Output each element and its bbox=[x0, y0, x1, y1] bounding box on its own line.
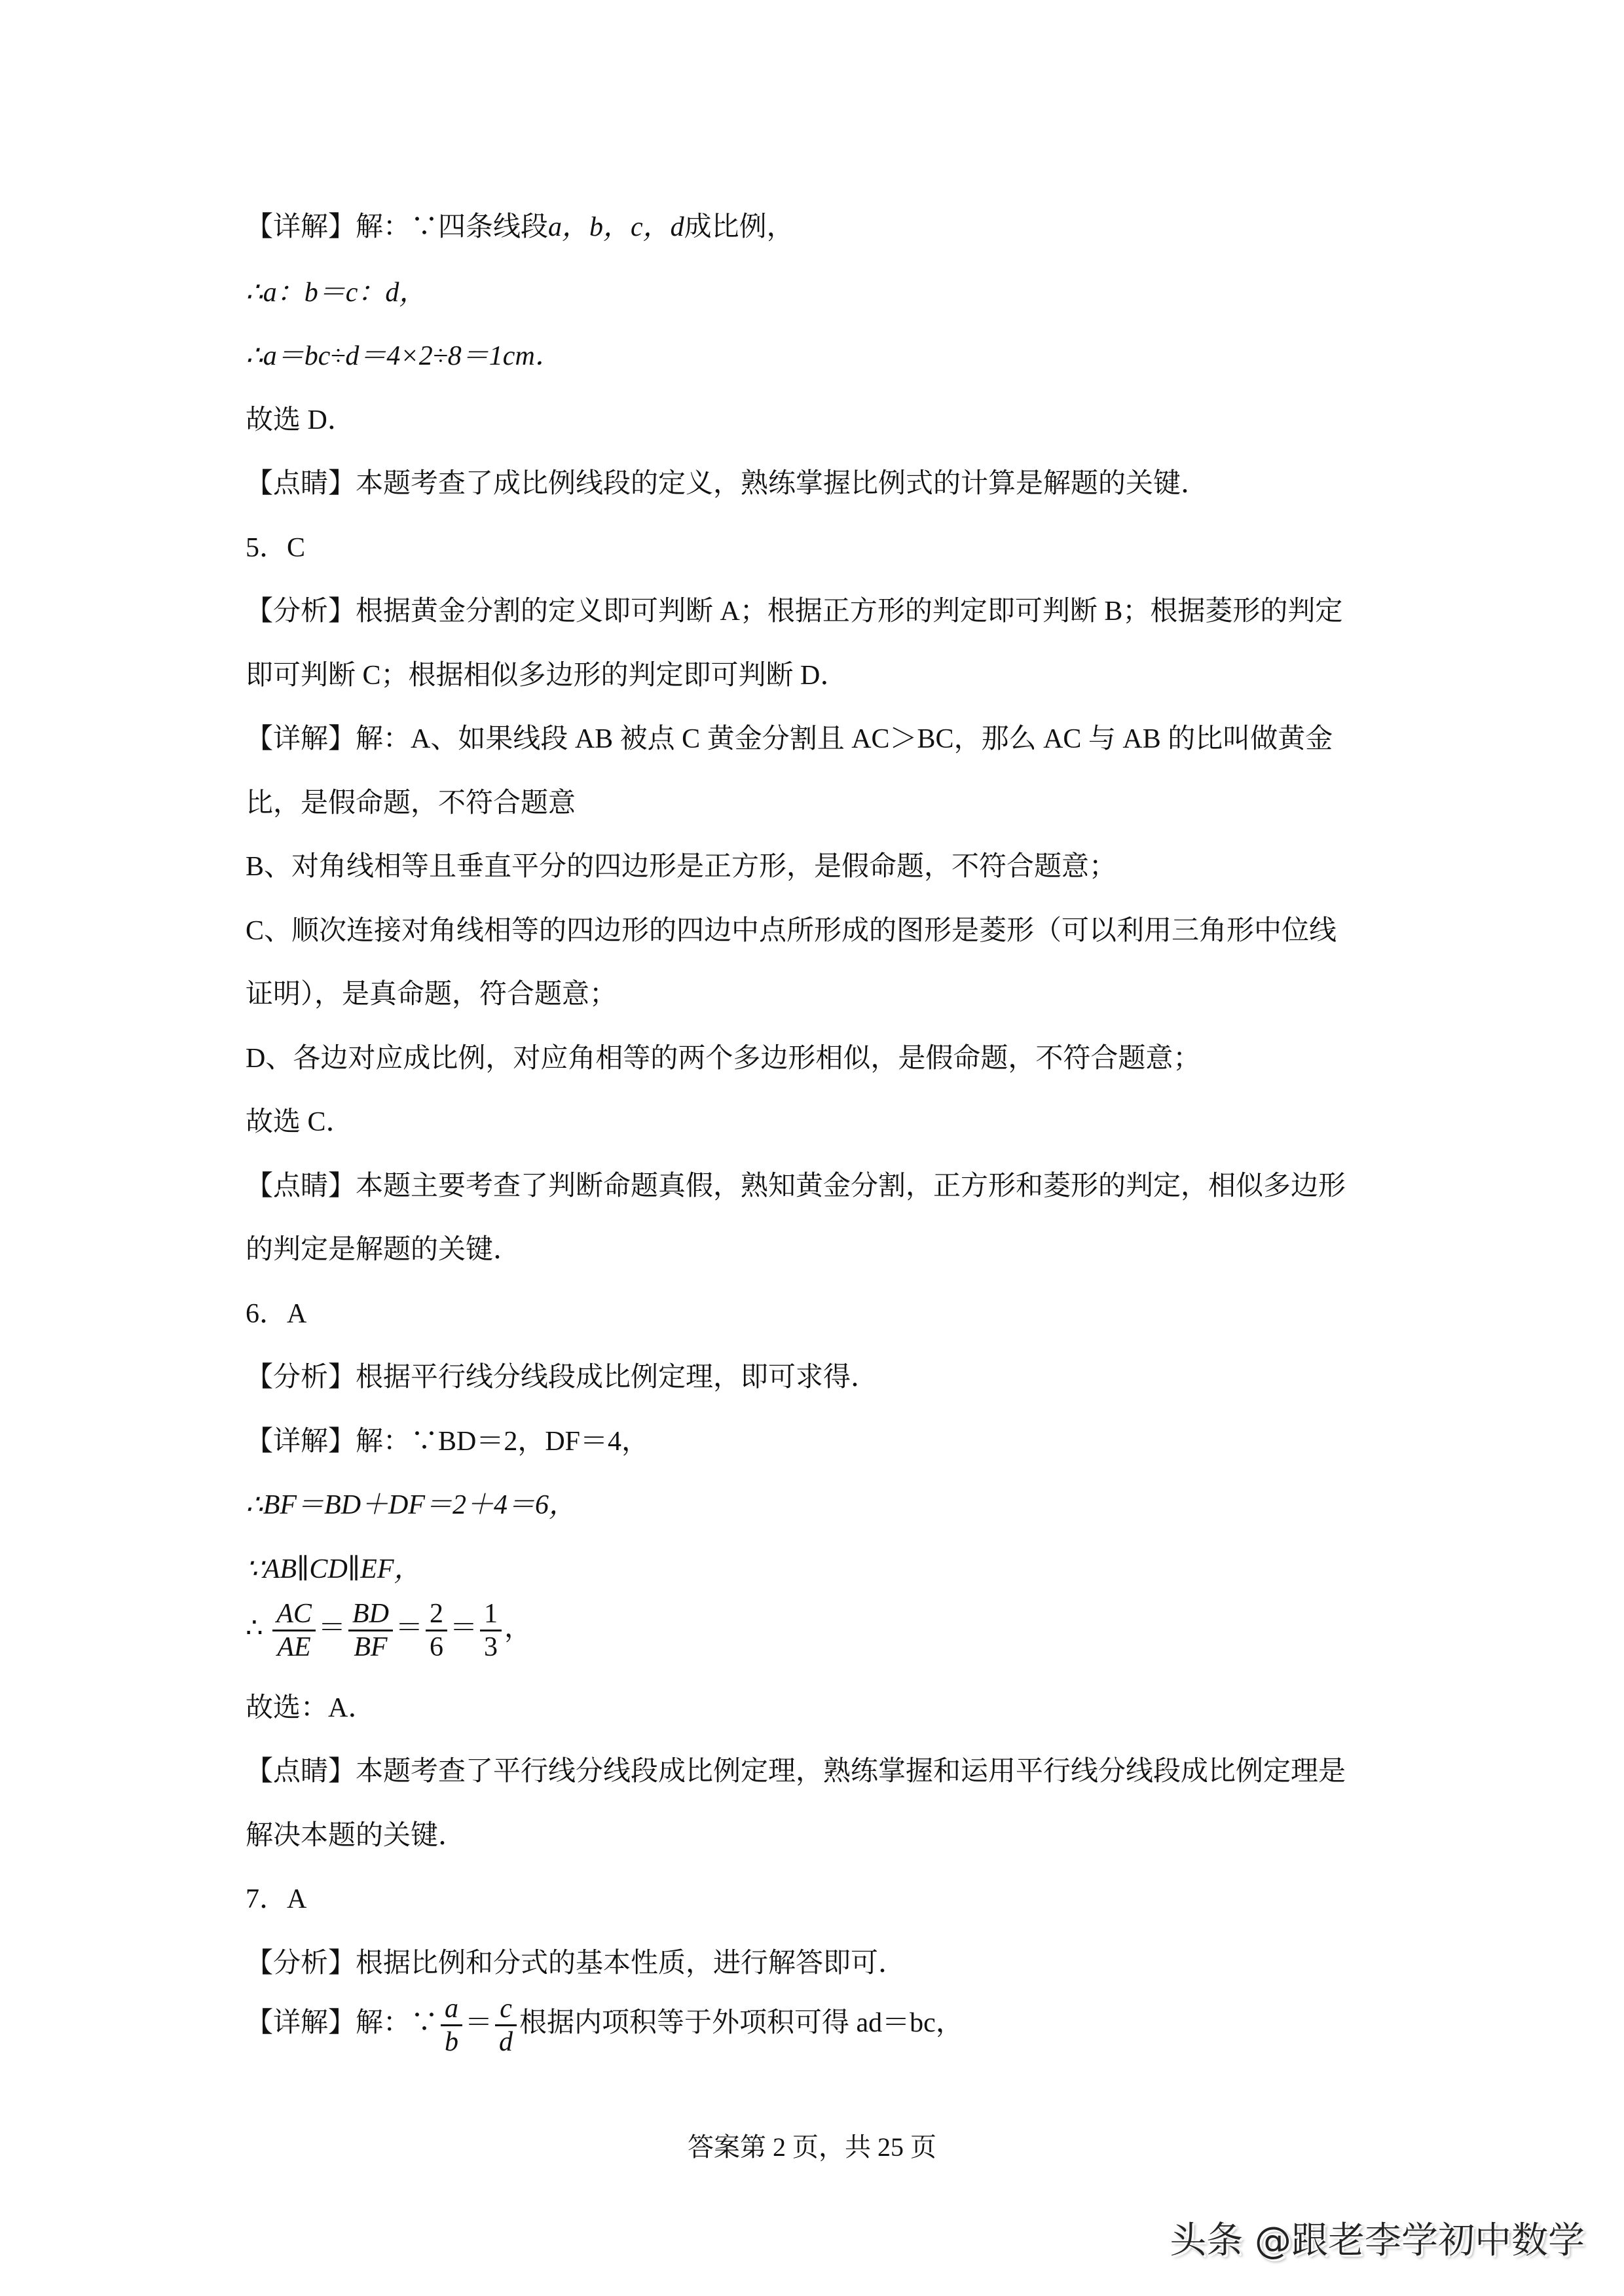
text-line: 【分析】根据黄金分割的定义即可判断 A；根据正方形的判定即可判断 B；根据菱形的… bbox=[246, 594, 1398, 629]
math-line: ∴a：b＝c：d， bbox=[246, 276, 1398, 310]
numerator: a bbox=[441, 1993, 462, 2026]
fraction: ab bbox=[441, 1993, 462, 2058]
page-footer: 答案第 2 页，共 25 页 bbox=[0, 2126, 1624, 2164]
fraction: 13 bbox=[480, 1598, 502, 1663]
numerator: c bbox=[495, 1993, 517, 2026]
document-page: 【详解】解：∵四条线段a，b，c，d成比例， ∴a：b＝c：d， ∴a＝bc÷d… bbox=[0, 0, 1624, 2296]
text-segment: 【详解】解：∵ bbox=[246, 2008, 438, 2038]
text-line: D、各边对应成比例，对应角相等的两个多边形相似，是假命题，不符合题意； bbox=[246, 1042, 1398, 1076]
fraction-equation: 【详解】解：∵ab＝cd根据内项积等于外项积可得 ad＝bc， bbox=[246, 1987, 1398, 2059]
answer-heading: 7．A bbox=[246, 1882, 1398, 1916]
numerator: AC bbox=[272, 1598, 316, 1631]
fraction: BDBF bbox=[348, 1598, 393, 1663]
numerator: 2 bbox=[426, 1598, 447, 1631]
fraction: cd bbox=[495, 1993, 517, 2058]
text-line: 【点睛】本题考查了成比例线段的定义，熟练掌握比例式的计算是解题的关键． bbox=[246, 467, 1398, 501]
denominator: 3 bbox=[480, 1631, 502, 1663]
equals-sign: ＝ bbox=[450, 1613, 477, 1643]
numerator: 1 bbox=[480, 1598, 502, 1631]
denominator: 6 bbox=[426, 1631, 447, 1663]
text-line: 【点睛】本题主要考查了判断命题真假，熟知黄金分割，正方形和菱形的判定，相似多边形 bbox=[246, 1169, 1398, 1203]
denominator: b bbox=[441, 2026, 462, 2058]
text-line: 【详解】解：∵四条线段a，b，c，d成比例， bbox=[246, 210, 1398, 244]
math-line: ∴a＝bc÷d＝4×2÷8＝1cm． bbox=[246, 339, 1398, 373]
text-line: 【点睛】本题考查了平行线分线段成比例定理，熟练掌握和运用平行线分线段成比例定理是 bbox=[246, 1755, 1398, 1789]
text-line: 【分析】根据比例和分式的基本性质，进行解答即可． bbox=[246, 1946, 1398, 1980]
math-vars: a，b，c，d bbox=[548, 212, 684, 242]
text-line: 【详解】解：A、如果线段 AB 被点 C 黄金分割且 AC＞BC，那么 AC 与… bbox=[246, 722, 1398, 756]
text-line: 【详解】解：∵BD＝2，DF＝4， bbox=[246, 1425, 1398, 1459]
text-line: C、顺次连接对角线相等的四边形的四边中点所形成的图形是菱形（可以利用三角形中位线 bbox=[246, 914, 1398, 948]
text-line: 证明），是真命题，符合题意； bbox=[246, 977, 1398, 1011]
text-line: 比，是假命题，不符合题意 bbox=[246, 786, 1398, 820]
text-line: 即可判断 C；根据相似多边形的判定即可判断 D． bbox=[246, 659, 1398, 693]
comma: ， bbox=[504, 1613, 532, 1643]
answer-heading: 6．A bbox=[246, 1297, 1398, 1331]
equals-sign: ＝ bbox=[465, 2008, 492, 2038]
text-line: B、对角线相等且垂直平分的四边形是正方形，是假命题，不符合题意； bbox=[246, 850, 1398, 884]
text-line: 故选 C． bbox=[246, 1105, 1398, 1139]
text-segment: 根据内项积等于外项积可得 ad＝bc， bbox=[519, 2008, 963, 2038]
fraction: ACAE bbox=[272, 1598, 316, 1663]
text-segment: 【详解】解：∵四条线段 bbox=[246, 212, 548, 242]
numerator: BD bbox=[348, 1598, 393, 1631]
math-line: ∴BF＝BD＋DF＝2＋4＝6， bbox=[246, 1488, 1398, 1522]
fraction: 26 bbox=[426, 1598, 447, 1663]
denominator: d bbox=[495, 2026, 517, 2058]
therefore-symbol: ∴ bbox=[246, 1613, 263, 1643]
denominator: BF bbox=[348, 1631, 393, 1663]
equals-sign: ＝ bbox=[318, 1613, 346, 1643]
text-line: 的判定是解题的关键． bbox=[246, 1233, 1398, 1267]
fraction-equation: ∴ ACAE＝BDBF＝26＝13， bbox=[246, 1592, 1398, 1664]
text-segment: 成比例， bbox=[684, 212, 794, 242]
watermark: 头条 @跟老李学初中数学 bbox=[1170, 2212, 1585, 2264]
answer-heading: 5．C bbox=[246, 531, 1398, 565]
denominator: AE bbox=[272, 1631, 316, 1663]
math-line: ∵AB∥CD∥EF， bbox=[246, 1552, 1398, 1586]
equals-sign: ＝ bbox=[396, 1613, 423, 1643]
text-line: 故选：A． bbox=[246, 1691, 1398, 1725]
text-line: 解决本题的关键． bbox=[246, 1819, 1398, 1853]
text-line: 故选 D． bbox=[246, 403, 1398, 437]
text-line: 【分析】根据平行线分线段成比例定理，即可求得． bbox=[246, 1360, 1398, 1394]
